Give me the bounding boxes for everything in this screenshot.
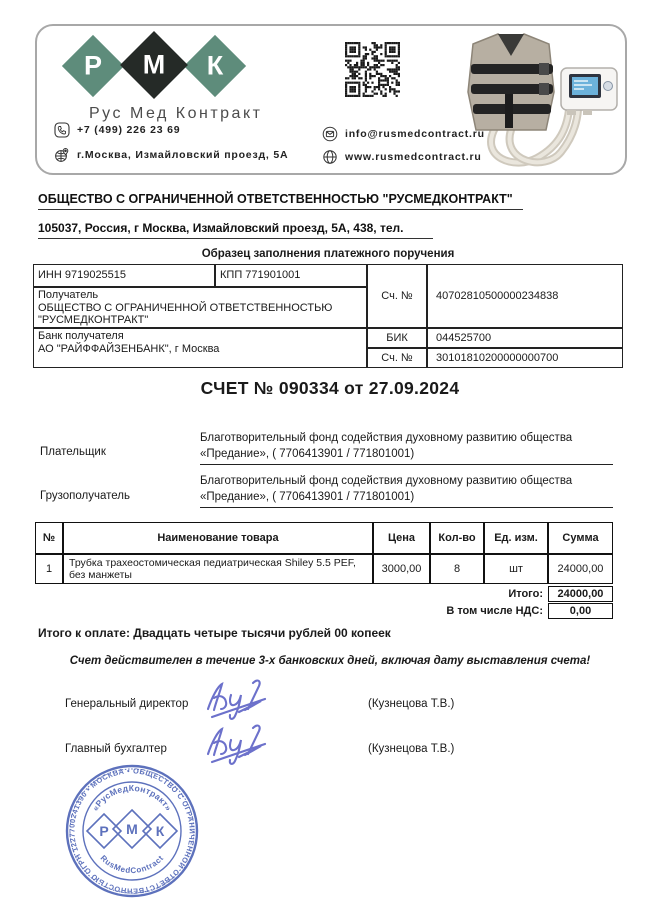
item-unit: шт xyxy=(484,554,548,584)
company-address-line: 105037, Россия, г Москва, Измайловский п… xyxy=(38,221,433,239)
col-header-name: Наименование товара xyxy=(63,522,373,554)
stamp-letter: Р xyxy=(99,823,108,839)
item-name: Трубка трахеостомическая педиатрическая … xyxy=(63,554,373,584)
col-header-price: Цена xyxy=(373,522,430,554)
consignee-value: Благотворительный фонд содействия духовн… xyxy=(200,474,613,508)
corr-label-cell: Сч. № xyxy=(367,348,427,368)
product-photo xyxy=(443,30,621,170)
vat-value: 0,00 xyxy=(548,603,613,619)
col-header-sum: Сумма xyxy=(548,522,613,554)
invoice-title: СЧЕТ № 090334 от 27.09.2024 xyxy=(0,378,660,399)
bank-cell: Банк получателя АО "РАЙФФАЙЗЕНБАНК", г М… xyxy=(33,328,367,368)
location-icon xyxy=(54,147,70,163)
item-price: 3000,00 xyxy=(373,554,430,584)
col-header-qty: Кол-во xyxy=(430,522,484,554)
director-name: (Кузнецова Т.В.) xyxy=(368,698,454,710)
stamp-inner-top-text: «РусМедКонтракт» xyxy=(90,783,174,813)
vat-row: В том числе НДС: 0,00 xyxy=(35,602,613,619)
col-header-unit: Ед. изм. xyxy=(484,522,548,554)
inn-cell: ИНН 9719025515 xyxy=(33,264,215,287)
header-card: Р М К Рус Мед Контракт +7 (499) 226 23 6… xyxy=(35,24,627,175)
payment-sample-title: Образец заполнения платежного поручения xyxy=(33,248,623,260)
kpp-cell: КПП 771901001 xyxy=(215,264,367,287)
phone-icon xyxy=(54,122,70,138)
email-icon xyxy=(322,126,338,142)
items-table: № Наименование товара Цена Кол-во Ед. из… xyxy=(35,522,613,584)
svg-text:«РусМедКонтракт»: «РусМедКонтракт» xyxy=(90,783,174,813)
item-sum: 24000,00 xyxy=(548,554,613,584)
stamp-inner-bottom-text: RusMedContract xyxy=(99,853,166,875)
bank-name: АО "РАЙФФАЙЗЕНБАНК", г Москва xyxy=(38,343,362,356)
account-label-cell: Сч. № xyxy=(367,264,427,328)
amount-in-words: Итого к оплате: Двадцать четыре тысячи р… xyxy=(38,626,391,640)
payer-value: Благотворительный фонд содействия духовн… xyxy=(200,431,613,465)
recipient-name: ОБЩЕСТВО С ОГРАНИЧЕННОЙ ОТВЕТСТВЕННОСТЬЮ… xyxy=(38,302,362,327)
payment-requisites-table: ИНН 9719025515 КПП 771901001 Получатель … xyxy=(33,264,623,368)
address-text: г.Москва, Измайловский проезд, 5А xyxy=(77,149,288,161)
logo-letter: Р xyxy=(84,51,102,82)
validity-note: Счет действителен в течение 3-х банковск… xyxy=(0,655,660,667)
bank-label: Банк получателя xyxy=(38,330,362,343)
bik-value-cell: 044525700 xyxy=(427,328,623,348)
stamp-letter: М xyxy=(126,821,138,837)
qr-code xyxy=(345,42,400,97)
consignee-label: Грузополучатель xyxy=(40,490,130,502)
accountant-signature xyxy=(203,721,275,773)
bik-label-cell: БИК xyxy=(367,328,427,348)
svg-text:RusMedContract: RusMedContract xyxy=(99,853,166,875)
phone-row: +7 (499) 226 23 69 xyxy=(54,122,180,138)
recipient-cell: Получатель ОБЩЕСТВО С ОГРАНИЧЕННОЙ ОТВЕТ… xyxy=(33,287,367,328)
director-role: Генеральный директор xyxy=(65,698,188,710)
globe-icon xyxy=(322,149,338,165)
company-stamp: ОГРН 1227700241390 • МОСКВА • ОБЩЕСТВО С… xyxy=(56,755,208,899)
phone-number: +7 (499) 226 23 69 xyxy=(77,124,180,136)
payer-label: Плательщик xyxy=(40,446,106,458)
stamp-letter: К xyxy=(156,823,165,839)
logo-company-name: Рус Мед Контракт xyxy=(89,105,262,123)
item-qty: 8 xyxy=(430,554,484,584)
vat-label: В том числе НДС: xyxy=(35,605,548,617)
address-row: г.Москва, Измайловский проезд, 5А xyxy=(54,147,288,163)
company-name-line: ОБЩЕСТВО С ОГРАНИЧЕННОЙ ОТВЕТСТВЕННОСТЬЮ… xyxy=(38,192,523,210)
total-row: Итого: 24000,00 xyxy=(35,585,613,602)
total-label: Итого: xyxy=(35,588,548,600)
invoice-document: Р М К Рус Мед Контракт +7 (499) 226 23 6… xyxy=(0,0,660,899)
account-number-cell: 40702810500000234838 xyxy=(427,264,623,328)
item-num: 1 xyxy=(35,554,63,584)
logo-letter: М xyxy=(143,50,166,81)
accountant-name: (Кузнецова Т.В.) xyxy=(368,743,454,755)
logo-letter: К xyxy=(207,51,223,82)
recipient-label: Получатель xyxy=(38,289,362,302)
accountant-role: Главный бухгалтер xyxy=(65,743,167,755)
total-value: 24000,00 xyxy=(548,586,613,602)
corr-account-cell: 30101810200000000700 xyxy=(427,348,623,368)
col-header-num: № xyxy=(35,522,63,554)
